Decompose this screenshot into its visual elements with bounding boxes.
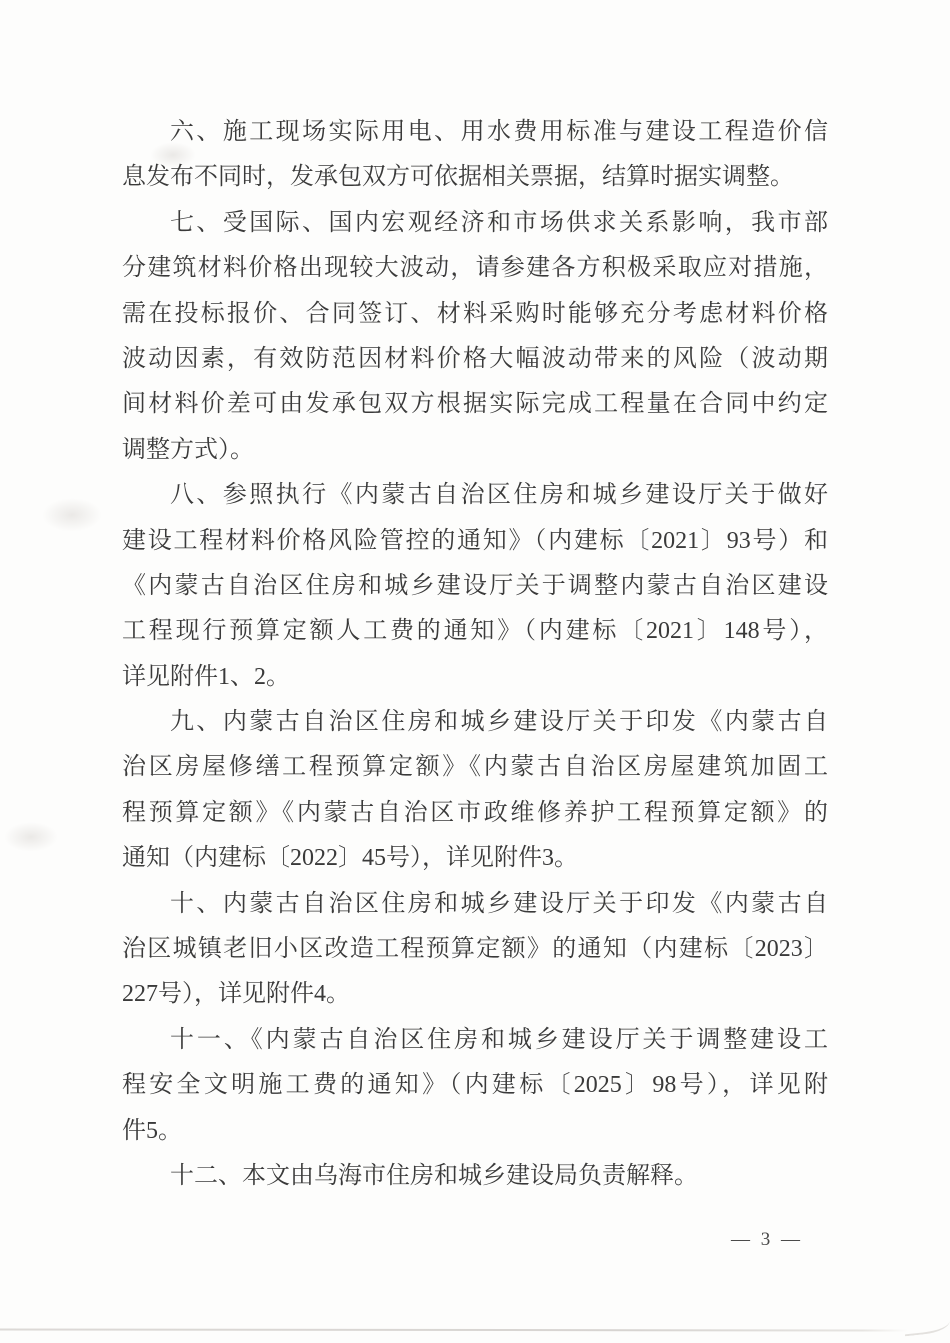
scan-edge-line: [0, 1329, 908, 1332]
text-line: 治区城镇老旧小区改造工程预算定额》的通知（内建标〔2023〕: [122, 927, 828, 972]
paragraph: 十、内蒙古自治区住房和城乡建设厅关于印发《内蒙古自治区城镇老旧小区改造工程预算定…: [122, 882, 828, 1018]
page-footer: — 3 —: [731, 1229, 803, 1251]
text-line: 分建筑材料价格出现较大波动，请参建各方积极采取应对措施，: [122, 246, 828, 291]
text-line: 六、施工现场实际用电、用水费用标准与建设工程造价信: [122, 110, 828, 155]
text-line: 程安全文明施工费的通知》（内建标〔2025〕98号），详见附: [122, 1063, 828, 1108]
text-line: 227号），详见附件4。: [122, 972, 828, 1017]
text-line: 建设工程材料价格风险管控的通知》（内建标〔2021〕93号）和: [122, 519, 828, 564]
text-line: 需在投标报价、合同签订、材料采购时能够充分考虑材料价格: [122, 292, 828, 337]
text-line: 波动因素，有效防范因材料价格大幅波动带来的风险（波动期: [122, 337, 828, 382]
text-line: 程预算定额》《内蒙古自治区市政维修养护工程预算定额》的: [122, 791, 828, 836]
text-line: 件5。: [122, 1109, 828, 1154]
text-line: 七、受国际、国内宏观经济和市场供求关系影响，我市部: [122, 201, 828, 246]
text-line: 九、内蒙古自治区住房和城乡建设厅关于印发《内蒙古自: [122, 700, 828, 745]
text-line: 息发布不同时，发承包双方可依据相关票据，结算时据实调整。: [122, 155, 828, 200]
text-line: 调整方式）。: [122, 428, 828, 473]
text-line: 治区房屋修缮工程预算定额》《内蒙古自治区房屋建筑加固工: [122, 745, 828, 790]
text-line: 《内蒙古自治区住房和城乡建设厅关于调整内蒙古自治区建设: [122, 564, 828, 609]
paragraph: 六、施工现场实际用电、用水费用标准与建设工程造价信息发布不同时，发承包双方可依据…: [122, 110, 828, 201]
paragraph: 十一、《内蒙古自治区住房和城乡建设厅关于调整建设工程安全文明施工费的通知》（内建…: [122, 1018, 828, 1154]
text-line: 十二、本文由乌海市住房和城乡建设局负责解释。: [122, 1154, 828, 1199]
text-line: 间材料价差可由发承包双方根据实际完成工程量在合同中约定: [122, 382, 828, 427]
text-line: 详见附件1、2。: [122, 655, 828, 700]
text-line: 十、内蒙古自治区住房和城乡建设厅关于印发《内蒙古自: [122, 882, 828, 927]
paragraph: 七、受国际、国内宏观经济和市场供求关系影响，我市部分建筑材料价格出现较大波动，请…: [122, 201, 828, 473]
scan-smudge: [4, 822, 58, 852]
text-line: 八、参照执行《内蒙古自治区住房和城乡建设厅关于做好: [122, 473, 828, 518]
document-body: 六、施工现场实际用电、用水费用标准与建设工程造价信息发布不同时，发承包双方可依据…: [122, 110, 828, 1199]
document-page: 六、施工现场实际用电、用水费用标准与建设工程造价信息发布不同时，发承包双方可依据…: [0, 0, 950, 1343]
page-number: — 3 —: [731, 1229, 803, 1250]
text-line: 工程现行预算定额人工费的通知》（内建标〔2021〕148号），: [122, 609, 828, 654]
text-line: 通知（内建标〔2022〕45号），详见附件3。: [122, 836, 828, 881]
paragraph: 八、参照执行《内蒙古自治区住房和城乡建设厅关于做好建设工程材料价格风险管控的通知…: [122, 473, 828, 700]
paragraph: 九、内蒙古自治区住房和城乡建设厅关于印发《内蒙古自治区房屋修缮工程预算定额》《内…: [122, 700, 828, 882]
scan-smudge: [42, 498, 102, 532]
paragraph: 十二、本文由乌海市住房和城乡建设局负责解释。: [122, 1154, 828, 1199]
text-line: 十一、《内蒙古自治区住房和城乡建设厅关于调整建设工: [122, 1018, 828, 1063]
scan-corner-curl: [903, 1314, 950, 1337]
